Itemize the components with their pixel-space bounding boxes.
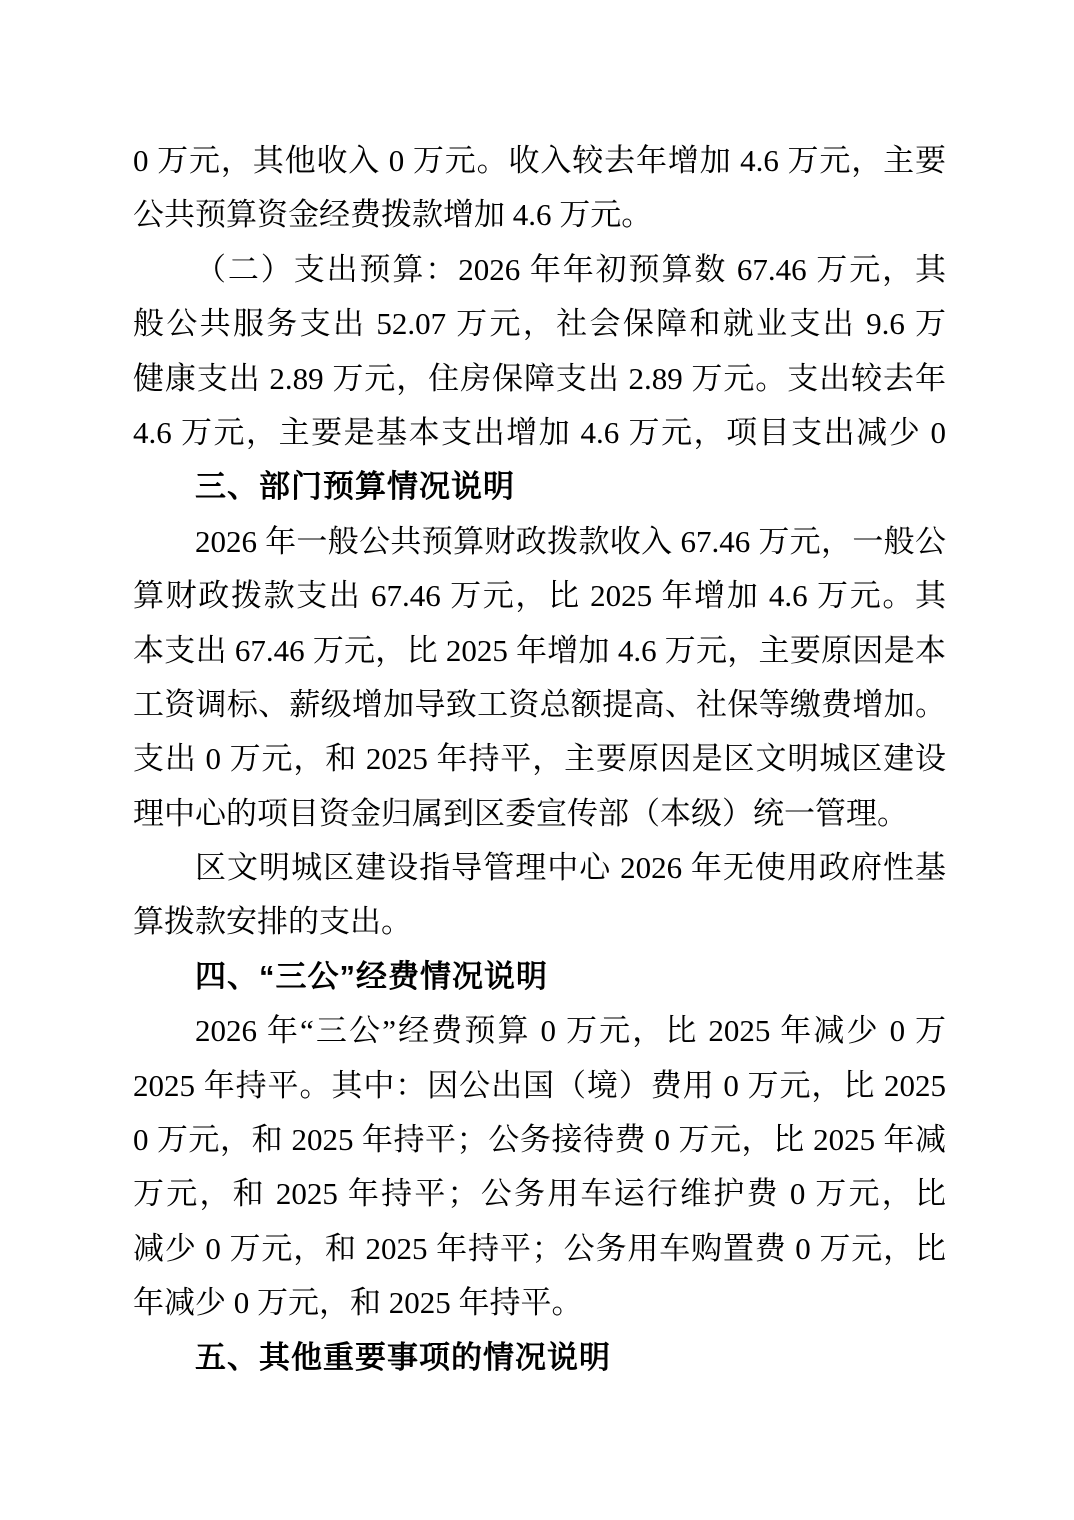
text-line: 公共预算资金经费拨款增加 4.6 万元。 <box>133 188 946 242</box>
text-line: 般公共服务支出 52.07 万元，社会保障和就业支出 9.6 万元，卫生 <box>133 297 946 351</box>
text-line: 4.6 万元，主要是基本支出增加 4.6 万元，项目支出减少 0 万元。 <box>133 406 946 460</box>
text-line: 算财政拨款支出 67.46 万元，比 2025 年增加 4.6 万元。其中：基 <box>133 569 946 623</box>
text-line: 0 万元，其他收入 0 万元。收入较去年增加 4.6 万元，主要是一般 <box>133 134 946 188</box>
heading-section-5: 五、其他重要事项的情况说明 <box>133 1331 946 1385</box>
text-line: 区文明城区建设指导管理中心 2026 年无使用政府性基金预 <box>133 841 946 895</box>
heading-section-4: 四、“三公”经费情况说明 <box>133 950 946 1004</box>
heading-section-3: 三、部门预算情况说明 <box>133 460 946 514</box>
document-page: 0 万元，其他收入 0 万元。收入较去年增加 4.6 万元，主要是一般 公共预算… <box>0 0 1074 1520</box>
text-line: 2026 年一般公共预算财政拨款收入 67.46 万元，一般公共预 <box>133 515 946 569</box>
text-line: （二）支出预算：2026 年年初预算数 67.46 万元，其中：一 <box>133 243 946 297</box>
text-line: 工资调标、薪级增加导致工资总额提高、社保等缴费增加。项目 <box>133 678 946 732</box>
text-line: 本支出 67.46 万元，比 2025 年增加 4.6 万元，主要原因是本年度 <box>133 624 946 678</box>
text-line: 支出 0 万元，和 2025 年持平，主要原因是区文明城区建设指导管 <box>133 732 946 786</box>
text-line: 健康支出 2.89 万元，住房保障支出 2.89 万元。支出较去年增加 <box>133 352 946 406</box>
text-line: 算拨款安排的支出。 <box>133 895 946 949</box>
text-line: 2025 年持平。其中：因公出国（境）费用 0 万元，比 2025 年减少 <box>133 1059 946 1113</box>
text-line: 0 万元，和 2025 年持平；公务接待费 0 万元，比 2025 年减少 0 <box>133 1113 946 1167</box>
text-line: 万元，和 2025 年持平；公务用车运行维护费 0 万元，比 2025 年 <box>133 1167 946 1221</box>
text-line: 年减少 0 万元，和 2025 年持平。 <box>133 1276 946 1330</box>
text-line: 减少 0 万元，和 2025 年持平；公务用车购置费 0 万元，比 2025 <box>133 1222 946 1276</box>
text-line: 2026 年“三公”经费预算 0 万元，比 2025 年减少 0 万元，和 <box>133 1004 946 1058</box>
text-line: 理中心的项目资金归属到区委宣传部（本级）统一管理。 <box>133 787 946 841</box>
